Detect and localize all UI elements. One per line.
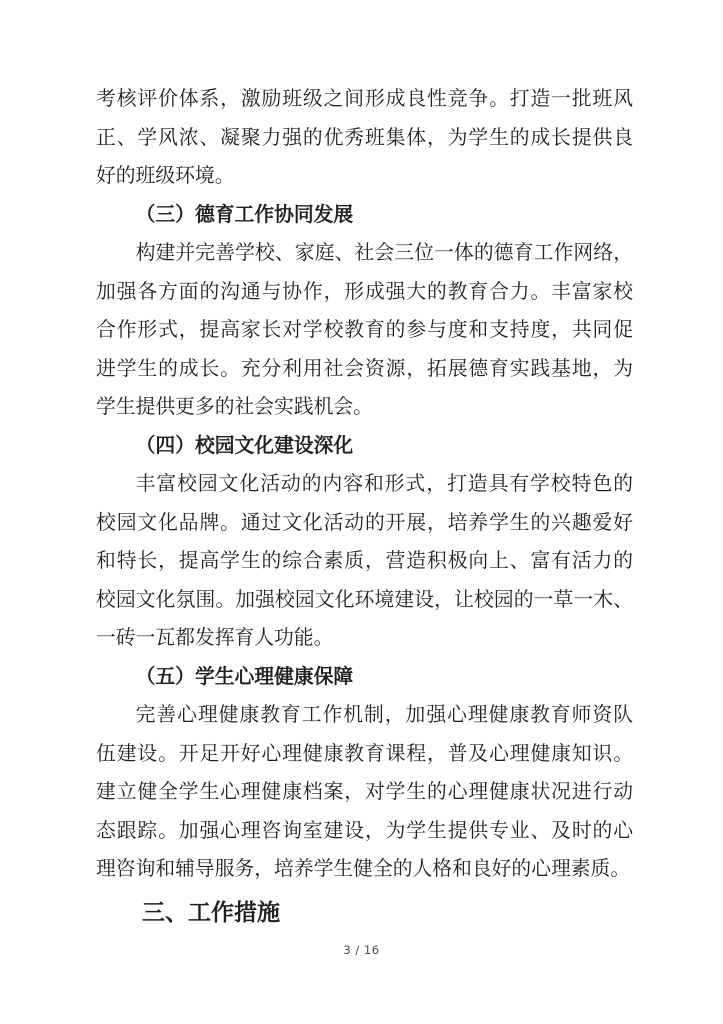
document-page: 考核评价体系，激励班级之间形成良性竞争。打造一批班风正、学风浓、凝聚力强的优秀班… [0,0,723,1024]
text-line: 态跟踪。加强心理咨询室建设，为学生提供专业、及时的心 [96,812,633,851]
text-line: 理咨询和辅导服务，培养学生健全的人格和良好的心理素质。 [96,850,633,889]
text-line: 完善心理健康教育工作机制，加强心理健康教育师资队 [96,696,633,735]
text-line: （四）校园文化建设深化 [96,427,633,466]
section-heading: （三）德育工作协同发展 [96,196,633,235]
text-line: 和特长，提高学生的综合素质，营造积极向上、富有活力的 [96,542,633,581]
section-heading: （五）学生心理健康保障 [96,658,633,697]
text-line: （五）学生心理健康保障 [96,658,633,697]
text-line: 三、工作措施 [96,893,633,932]
section-heading: （四）校园文化建设深化 [96,427,633,466]
paragraph: 构建并完善学校、家庭、社会三位一体的德育工作网络，加强各方面的沟通与协作，形成强… [96,234,633,427]
text-line: 合作形式，提高家长对学校教育的参与度和支持度，共同促 [96,311,633,350]
paragraph: 完善心理健康教育工作机制，加强心理健康教育师资队伍建设。开足开好心理健康教育课程… [96,696,633,889]
text-line: 构建并完善学校、家庭、社会三位一体的德育工作网络， [96,234,633,273]
text-line: 一砖一瓦都发挥育人功能。 [96,619,633,658]
paragraph: 丰富校园文化活动的内容和形式，打造具有学校特色的校园文化品牌。通过文化活动的开展… [96,465,633,658]
text-line: 建立健全学生心理健康档案，对学生的心理健康状况进行动 [96,773,633,812]
text-line: 进学生的成长。充分利用社会资源，拓展德育实践基地，为 [96,350,633,389]
text-line: 丰富校园文化活动的内容和形式，打造具有学校特色的 [96,465,633,504]
text-line: 正、学风浓、凝聚力强的优秀班集体，为学生的成长提供良 [96,119,633,158]
text-line: 学生提供更多的社会实践机会。 [96,388,633,427]
text-line: 校园文化品牌。通过文化活动的开展，培养学生的兴趣爱好 [96,504,633,543]
text-line: 伍建设。开足开好心理健康教育课程，普及心理健康知识。 [96,735,633,774]
page-number-indicator: 3 / 16 [343,943,379,957]
text-line: 好的班级环境。 [96,157,633,196]
document-body: 考核评价体系，激励班级之间形成良性竞争。打造一批班风正、学风浓、凝聚力强的优秀班… [96,80,633,931]
paragraph: 考核评价体系，激励班级之间形成良性竞争。打造一批班风正、学风浓、凝聚力强的优秀班… [96,80,633,196]
text-line: 校园文化氛围。加强校园文化环境建设，让校园的一草一木、 [96,581,633,620]
text-line: （三）德育工作协同发展 [96,196,633,235]
page-footer: 3 / 16 [0,941,723,959]
text-line: 加强各方面的沟通与协作，形成强大的教育合力。丰富家校 [96,273,633,312]
text-line: 考核评价体系，激励班级之间形成良性竞争。打造一批班风 [96,80,633,119]
chapter-heading: 三、工作措施 [96,893,633,932]
